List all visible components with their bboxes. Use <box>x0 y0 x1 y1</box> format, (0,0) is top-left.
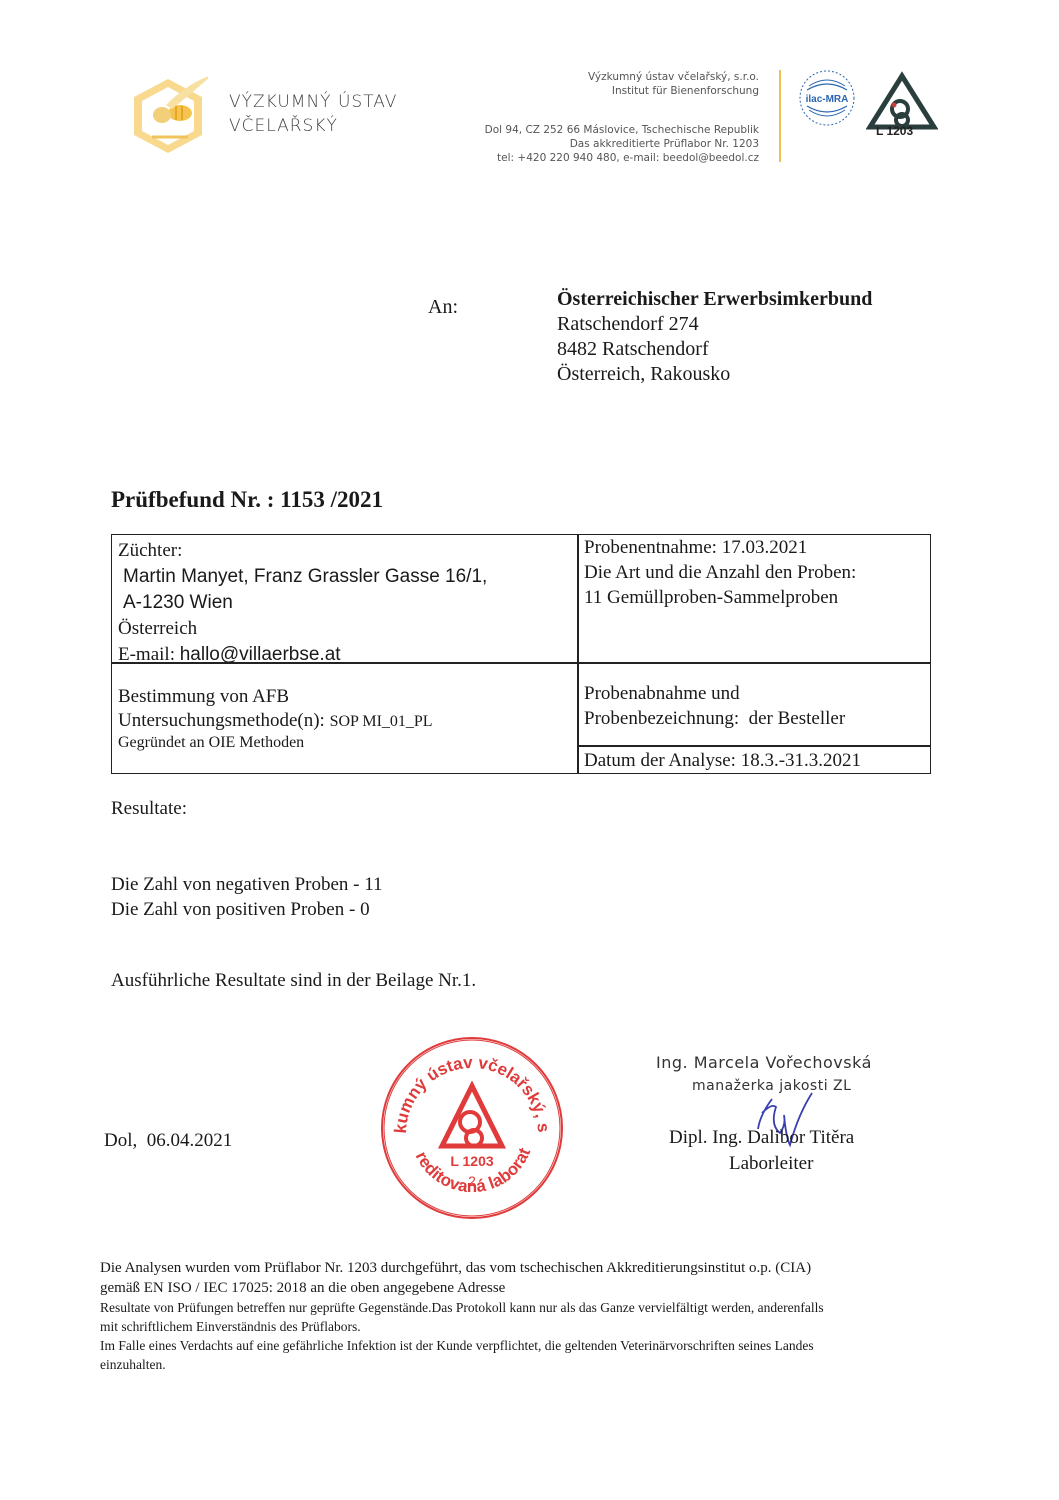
sampling-date: Probenentnahme: 17.03.2021 <box>584 535 856 560</box>
report-title: Prüfbefund Nr. : 1153 /2021 <box>111 487 383 513</box>
svg-text:Výzkumný ústav včelařský, s.r.: Výzkumný ústav včelařský, s.r.o. <box>378 1034 553 1134</box>
breeder-email: hallo@villaerbse.at <box>180 644 341 665</box>
logo-line-2: VČELAŘSKÝ <box>229 114 397 138</box>
breeder-email-label: E-mail: <box>118 644 175 665</box>
sample-kind-value: 11 Gemüllproben-Sammelproben <box>584 585 856 610</box>
recipient-country: Österreich, Rakousko <box>557 362 872 387</box>
collection-cell: Probenabnahme und Probenbezeichnung: der… <box>584 681 845 731</box>
results-heading: Resultate: <box>111 798 187 820</box>
footer-line-1: Die Analysen wurden vom Prüflabor Nr. 12… <box>100 1258 970 1278</box>
sampling-cell: Probenentnahme: 17.03.2021 Die Art und d… <box>584 535 856 610</box>
recipient-name: Österreichischer Erwerbsimkerbund <box>557 287 872 312</box>
lab-stamp-icon: Výzkumný ústav včelařský, s.r.o. Akredit… <box>378 1034 566 1222</box>
recipient-street: Ratschendorf 274 <box>557 312 872 337</box>
lab-head-name: Dipl. Ing. Dalibor Titěra <box>669 1127 854 1149</box>
collection-line1: Probenabnahme und <box>584 681 845 706</box>
institute-phone-email: tel: +420 220 940 480, e-mail: beedol@be… <box>399 151 759 165</box>
footer-line-2: gemäß EN ISO / IEC 17025: 2018 an die ob… <box>100 1278 970 1298</box>
lab-head-role: Laborleiter <box>729 1153 813 1175</box>
ilac-mra-logo-icon: ilac-MRA <box>797 68 857 128</box>
institute-address: Dol 94, CZ 252 66 Máslovice, Tschechisch… <box>399 123 759 137</box>
negative-count: Die Zahl von negativen Proben - 11 <box>111 872 383 897</box>
breeder-cell: Züchter: Martin Manyet, Franz Grassler G… <box>118 538 487 668</box>
svg-text:L 1203: L 1203 <box>450 1153 494 1169</box>
method-determination: Bestimmung von AFB <box>118 685 433 709</box>
footer-line-4: mit schriftlichem Einverständnis des Prü… <box>100 1317 970 1336</box>
method-basis: Gegründet an OIE Methoden <box>118 734 433 752</box>
footer-line-3: Resultate von Prüfungen betreffen nur ge… <box>100 1298 970 1317</box>
analysis-date: Datum der Analyse: 18.3.-31.3.2021 <box>584 748 861 774</box>
lab-accreditation-note: Das akkreditierte Prüflabor Nr. 1203 <box>399 137 759 151</box>
results-detail-note: Ausführliche Resultate sind in der Beila… <box>111 970 476 992</box>
breeder-address-line2: A-1230 Wien <box>118 590 487 616</box>
accreditation-code: L 1203 <box>876 124 913 138</box>
quality-manager-name: Ing. Marcela Vořechovská <box>656 1053 872 1072</box>
sample-kind-label: Die Art und die Anzahl den Proben: <box>584 560 856 585</box>
svg-text:ilac-MRA: ilac-MRA <box>806 94 849 105</box>
method-value: SOP MI_01_PL <box>330 713 433 730</box>
method-cell: Bestimmung von AFB Untersuchungsmethode(… <box>118 685 433 752</box>
table-column-divider <box>577 534 579 774</box>
table-subrow-divider <box>577 745 931 747</box>
logo-line-1: VÝZKUMNÝ ÚSTAV <box>229 90 397 114</box>
recipient-label: An: <box>428 296 458 319</box>
institute-name-de: Institut für Bienenforschung <box>399 84 759 98</box>
breeder-country: Österreich <box>118 616 487 642</box>
svg-text:2: 2 <box>468 1173 476 1189</box>
footer-notes: Die Analysen wurden vom Prüflabor Nr. 12… <box>100 1258 970 1374</box>
footer-line-6: einzuhalten. <box>100 1355 970 1374</box>
institute-name: Výzkumný ústav včelařský, s.r.o. <box>399 70 759 84</box>
institute-logo-text: VÝZKUMNÝ ÚSTAV VČELAŘSKÝ <box>229 90 397 138</box>
recipient-city: 8482 Ratschendorf <box>557 337 872 362</box>
footer-line-5: Im Falle eines Verdachts auf eine gefähr… <box>100 1336 970 1355</box>
method-label: Untersuchungsmethode(n): <box>118 710 325 731</box>
collection-line2: Probenbezeichnung: der Besteller <box>584 706 845 731</box>
positive-count: Die Zahl von positiven Proben - 0 <box>111 897 383 922</box>
header-divider <box>779 70 781 162</box>
breeder-label: Züchter: <box>118 538 487 564</box>
place-date: Dol, 06.04.2021 <box>104 1130 232 1152</box>
bee-logo-icon <box>128 75 208 155</box>
recipient-address: Österreichischer Erwerbsimkerbund Ratsch… <box>557 287 872 387</box>
results-counts: Die Zahl von negativen Proben - 11 Die Z… <box>111 872 383 922</box>
breeder-address-line1: Martin Manyet, Franz Grassler Gasse 16/1… <box>118 564 487 590</box>
institute-contact-block: Výzkumný ústav včelařský, s.r.o. Institu… <box>399 70 759 165</box>
